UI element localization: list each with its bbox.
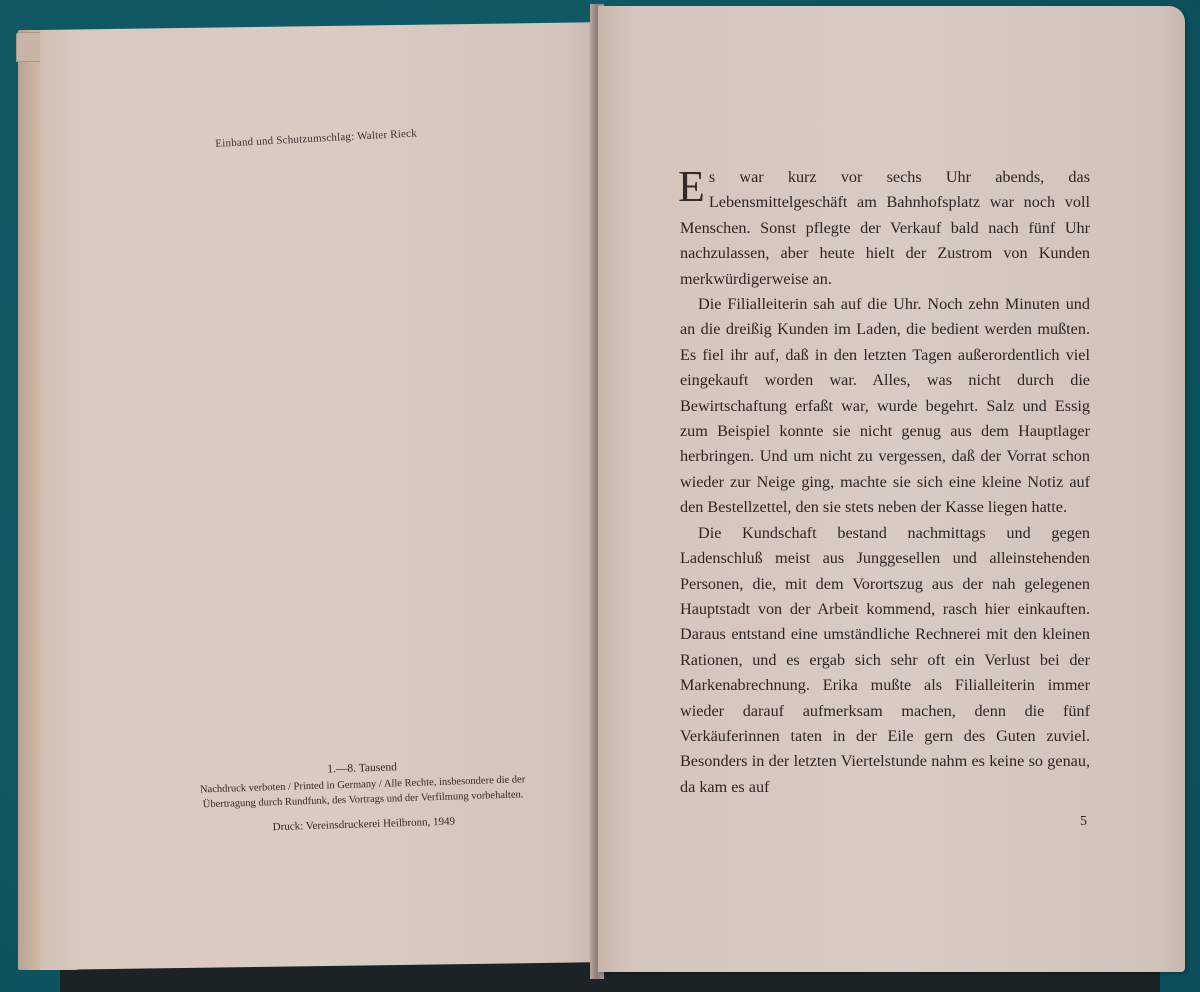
paragraph-3: Die Kundschaft bestand nachmittags und g… <box>680 521 1090 800</box>
chapter-text: Es war kurz vor sechs Uhr abends, das Le… <box>680 165 1090 800</box>
page-number: 5 <box>1080 814 1087 830</box>
imprint-block: 1.—8. Tausend Nachdruck verboten / Print… <box>152 755 574 839</box>
drop-cap: E <box>678 169 705 205</box>
paragraph-1: Es war kurz vor sechs Uhr abends, das Le… <box>680 165 1090 292</box>
paragraph-2: Die Filialleiterin sah auf die Uhr. Noch… <box>680 292 1090 521</box>
